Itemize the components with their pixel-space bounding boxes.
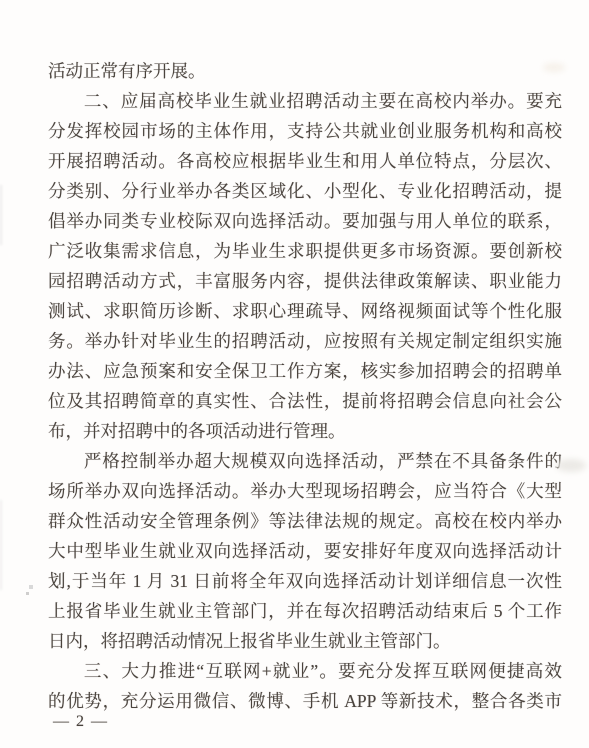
text-line: 开展招聘活动。各高校应根据毕业生和用人单位特点，分层次、 — [48, 146, 562, 176]
text-line: 分类别、分行业举办各类区域化、小型化、专业化招聘活动，提 — [48, 176, 562, 206]
text-line: 分发挥校园市场的主体作用，支持公共就业创业服务机构和高校 — [48, 116, 562, 146]
text-line: 上报省毕业生就业主管部门，并在每次招聘活动结束后 5 个工作 — [48, 596, 562, 626]
scan-speck — [26, 592, 29, 595]
text-line: 测试、求职简历诊断、求职心理疏导、网络视频面试等个性化服 — [48, 296, 562, 326]
text-line: 二、应届高校毕业生就业招聘活动主要在高校内举办。要充 — [48, 86, 562, 116]
scan-speck — [29, 585, 33, 589]
scan-edge-shade — [0, 500, 2, 590]
text-line: 活动正常有序开展。 — [48, 56, 562, 86]
text-line: 办法、应急预案和安全保卫工作方案，核实参加招聘会的招聘单 — [48, 356, 562, 386]
text-line: 的优势，充分运用微信、微博、手机 APP 等新技术，整合各类市 — [48, 686, 562, 716]
text-line: 位及其招聘简章的真实性、合法性，提前将招聘会信息向社会公 — [48, 386, 562, 416]
text-line: 群众性活动安全管理条例》等法律法规的规定。高校在校内举办 — [48, 506, 562, 536]
scan-smudge — [556, 459, 586, 472]
page-number: — 2 — — [53, 707, 109, 737]
scan-smudge — [543, 63, 565, 72]
text-line: 务。举办针对毕业生的招聘活动，应按照有关规定制定组织实施 — [48, 326, 562, 356]
text-line: 划,于当年 1 月 31 日前将全年双向选择活动计划详细信息一次性 — [48, 566, 562, 596]
text-line: 大中型毕业生就业双向选择活动，要安排好年度双向选择活动计 — [48, 536, 562, 566]
scan-edge-shade — [0, 185, 2, 245]
scanned-document-page: 活动正常有序开展。二、应届高校毕业生就业招聘活动主要在高校内举办。要充分发挥校园… — [0, 0, 589, 748]
text-line: 三、大力推进“互联网+就业”。要充分发挥互联网便捷高效 — [48, 656, 562, 686]
text-line: 布，并对招聘中的各项活动进行管理。 — [48, 416, 562, 446]
text-line: 园招聘活动方式，丰富服务内容，提供法律政策解读、职业能力 — [48, 266, 562, 296]
text-line: 广泛收集需求信息，为毕业生求职提供更多市场资源。要创新校 — [48, 236, 562, 266]
text-line: 场所举办双向选择活动。举办大型现场招聘会，应当符合《大型 — [48, 476, 562, 506]
text-line: 严格控制举办超大规模双向选择活动，严禁在不具备条件的 — [48, 446, 562, 476]
text-line: 日内，将招聘活动情况上报省毕业生就业主管部门。 — [48, 626, 562, 656]
document-body: 活动正常有序开展。二、应届高校毕业生就业招聘活动主要在高校内举办。要充分发挥校园… — [48, 56, 562, 716]
text-line: 倡举办同类专业校际双向选择活动。要加强与用人单位的联系， — [48, 206, 562, 236]
